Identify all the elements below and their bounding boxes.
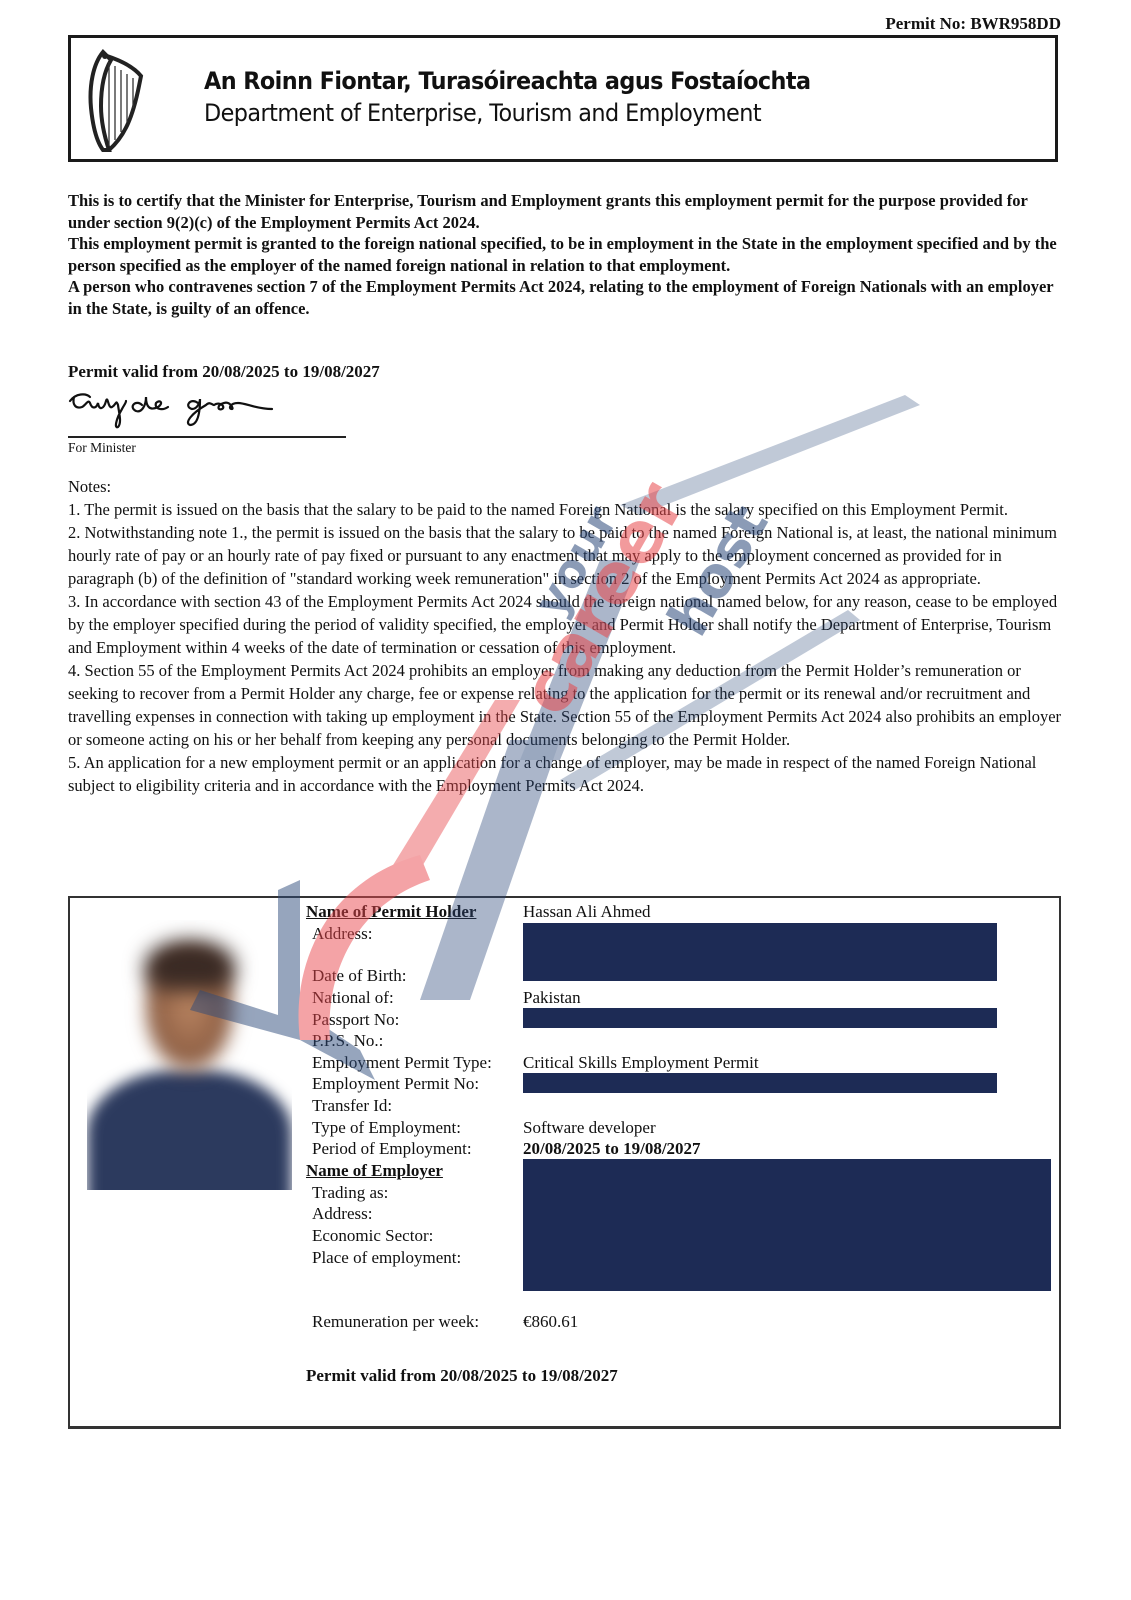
redacted-employer-details: [523, 1159, 1051, 1291]
nationality-value: Pakistan: [523, 988, 581, 1008]
pps-label: P.P.S. No.:: [312, 1031, 383, 1051]
permit-no-label: Employment Permit No:: [312, 1074, 479, 1094]
economic-sector-label: Economic Sector:: [312, 1226, 433, 1246]
transfer-id-label: Transfer Id:: [312, 1096, 392, 1116]
redacted-address-dob: [523, 923, 997, 981]
minister-signature: [66, 383, 286, 431]
nationality-label: National of:: [312, 988, 394, 1008]
certification-paragraph: This employment permit is granted to the…: [68, 233, 1058, 276]
remuneration-value: €860.61: [523, 1312, 578, 1332]
permit-number: Permit No: BWR958DD: [885, 14, 1061, 34]
redacted-passport: [523, 1008, 997, 1028]
note-item: 1. The permit is issued on the basis tha…: [68, 498, 1068, 521]
employer-heading: Name of Employer: [306, 1161, 443, 1181]
employer-address-label: Address:: [312, 1204, 372, 1224]
dob-label: Date of Birth:: [312, 966, 406, 986]
note-item: 5. An application for a new employment p…: [68, 751, 1068, 797]
note-item: 2. Notwithstanding note 1., the permit i…: [68, 521, 1068, 590]
note-item: 4. Section 55 of the Employment Permits …: [68, 659, 1068, 751]
employment-period-value: 20/08/2025 to 19/08/2027: [523, 1139, 701, 1159]
department-header: An Roinn Fiontar, Turasóireachta agus Fo…: [68, 35, 1058, 162]
notes-section: Notes: 1. The permit is issued on the ba…: [68, 475, 1068, 797]
permit-holder-photo: [87, 920, 292, 1190]
department-name-english: Department of Enterprise, Tourism and Em…: [204, 99, 761, 127]
certification-paragraph: This is to certify that the Minister for…: [68, 190, 1058, 233]
certification-paragraph: A person who contravenes section 7 of th…: [68, 276, 1058, 319]
employment-period-label: Period of Employment:: [312, 1139, 472, 1159]
notes-heading: Notes:: [68, 475, 1068, 498]
passport-label: Passport No:: [312, 1010, 399, 1030]
permit-type-label: Employment Permit Type:: [312, 1053, 492, 1073]
redacted-permit-no: [523, 1073, 997, 1093]
employment-type-value: Software developer: [523, 1118, 656, 1138]
permit-holder-name: Hassan Ali Ahmed: [523, 902, 651, 922]
certification-text: This is to certify that the Minister for…: [68, 190, 1058, 319]
permit-type-value: Critical Skills Employment Permit: [523, 1053, 759, 1073]
permit-holder-heading: Name of Permit Holder: [306, 902, 476, 922]
trading-as-label: Trading as:: [312, 1183, 388, 1203]
harp-icon: [83, 46, 147, 156]
remuneration-label: Remuneration per week:: [312, 1312, 479, 1332]
signature-line: [68, 436, 346, 438]
permit-validity-footer: Permit valid from 20/08/2025 to 19/08/20…: [306, 1366, 618, 1386]
permit-validity: Permit valid from 20/08/2025 to 19/08/20…: [68, 362, 380, 382]
employment-type-label: Type of Employment:: [312, 1118, 461, 1138]
address-label: Address:: [312, 924, 372, 944]
place-of-employment-label: Place of employment:: [312, 1248, 461, 1268]
department-name-irish: An Roinn Fiontar, Turasóireachta agus Fo…: [204, 67, 810, 95]
signatory-label: For Minister: [68, 440, 136, 456]
note-item: 3. In accordance with section 43 of the …: [68, 590, 1068, 659]
